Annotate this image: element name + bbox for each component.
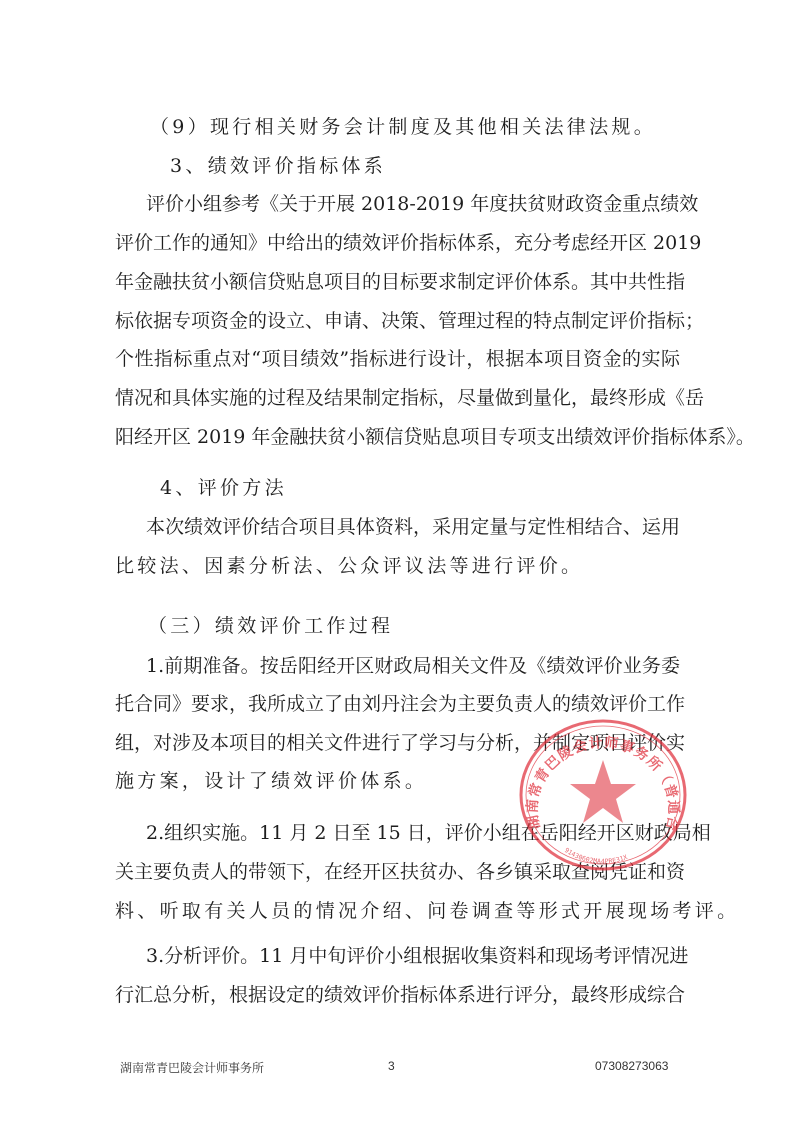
- paragraph-line: 评价工作的通知》中给出的绩效评价指标体系，充分考虑经开区 2019: [115, 231, 680, 255]
- paragraph-line: 施方案，设计了绩效评价体系。: [115, 769, 685, 793]
- paragraph-text: 标依据专项资金的设立、申请、决策、管理过程的特点制定评价指标；: [115, 309, 680, 333]
- paragraph-text: 个性指标重点对“项目绩效”指标进行设计，根据本项目资金的实际: [115, 347, 680, 371]
- list-item-9: （9）现行相关财务会计制度及其他相关法律法规。: [150, 115, 720, 139]
- paragraph-text: 托合同》要求，我所成立了由刘丹注会为主要负责人的绩效评价工作: [115, 692, 680, 716]
- paragraph-text: 评价小组参考《关于开展 2018-2019 年度扶贫财政资金重点绩效: [146, 192, 680, 216]
- heading-evaluation-method: 4、评价方法: [160, 476, 730, 500]
- paragraph-text: 2.组织实施。11 月 2 日至 15 日，评价小组在岳阳经开区财政局相: [146, 821, 680, 845]
- paragraph-line: 3.分析评价。11 月中旬评价小组根据收集资料和现场考评情况进: [146, 944, 680, 968]
- paragraph-text: 关主要负责人的带领下，在经开区扶贫办、各乡镇采取查阅凭证和资: [115, 860, 680, 884]
- footer-phone: 07308273063: [595, 1059, 668, 1073]
- paragraph-text: 年金融扶贫小额信贷贴息项目的目标要求制定评价体系。其中共性指: [115, 270, 680, 294]
- paragraph-line: 本次绩效评价结合项目具体资料，采用定量与定性相结合、运用: [146, 515, 680, 539]
- paragraph-line: 组，对涉及本项目的相关文件进行了学习与分析，并制定项目评价实: [115, 731, 680, 755]
- heading-evaluation-index-system: 3、绩效评价指标体系: [170, 154, 740, 178]
- paragraph-text: 本次绩效评价结合项目具体资料，采用定量与定性相结合、运用: [146, 515, 680, 539]
- paragraph-text: 3.分析评价。11 月中旬评价小组根据收集资料和现场考评情况进: [146, 944, 680, 968]
- paragraph-line: 1.前期准备。按岳阳经开区财政局相关文件及《绩效评价业务委: [146, 654, 680, 678]
- paragraph-line: 关主要负责人的带领下，在经开区扶贫办、各乡镇采取查阅凭证和资: [115, 860, 680, 884]
- paragraph-line: 阳经开区 2019 年金融扶贫小额信贷贴息项目专项支出绩效评价指标体系》。: [115, 425, 685, 449]
- section-heading-work-process: （三）绩效评价工作过程: [148, 614, 718, 638]
- paragraph-text: 评价工作的通知》中给出的绩效评价指标体系，充分考虑经开区 2019: [115, 231, 680, 255]
- footer-firm-name: 湖南常青巴陵会计师事务所: [120, 1059, 264, 1076]
- paragraph-line: 年金融扶贫小额信贷贴息项目的目标要求制定评价体系。其中共性指: [115, 270, 680, 294]
- paragraph-line: 评价小组参考《关于开展 2018-2019 年度扶贫财政资金重点绩效: [146, 192, 680, 216]
- paragraph-line: 2.组织实施。11 月 2 日至 15 日，评价小组在岳阳经开区财政局相: [146, 821, 680, 845]
- paragraph-text: 1.前期准备。按岳阳经开区财政局相关文件及《绩效评价业务委: [146, 654, 680, 678]
- footer-page-number: 3: [388, 1059, 395, 1073]
- paragraph-line: 料、听取有关人员的情况介绍、问卷调查等形式开展现场考评。: [115, 899, 685, 923]
- paragraph-line: 个性指标重点对“项目绩效”指标进行设计，根据本项目资金的实际: [115, 347, 680, 371]
- paragraph-line: 行汇总分析，根据设定的绩效评价指标体系进行评分，最终形成综合: [115, 983, 680, 1007]
- paragraph-line: 比较法、因素分析法、公众评议法等进行评价。: [115, 554, 685, 578]
- paragraph-text: 阳经开区 2019 年金融扶贫小额信贷贴息项目专项支出绩效评价指标体系》。: [115, 425, 685, 449]
- paragraph-text: 情况和具体实施的过程及结果制定指标，尽量做到量化，最终形成《岳: [115, 386, 680, 410]
- paragraph-text: 行汇总分析，根据设定的绩效评价指标体系进行评分，最终形成综合: [115, 983, 680, 1007]
- paragraph-line: 标依据专项资金的设立、申请、决策、管理过程的特点制定评价指标；: [115, 309, 680, 333]
- paragraph-line: 托合同》要求，我所成立了由刘丹注会为主要负责人的绩效评价工作: [115, 692, 680, 716]
- paragraph-line: 情况和具体实施的过程及结果制定指标，尽量做到量化，最终形成《岳: [115, 386, 680, 410]
- paragraph-text: 组，对涉及本项目的相关文件进行了学习与分析，并制定项目评价实: [115, 731, 680, 755]
- document-page: （9）现行相关财务会计制度及其他相关法律法规。 3、绩效评价指标体系 评价小组参…: [0, 0, 793, 1121]
